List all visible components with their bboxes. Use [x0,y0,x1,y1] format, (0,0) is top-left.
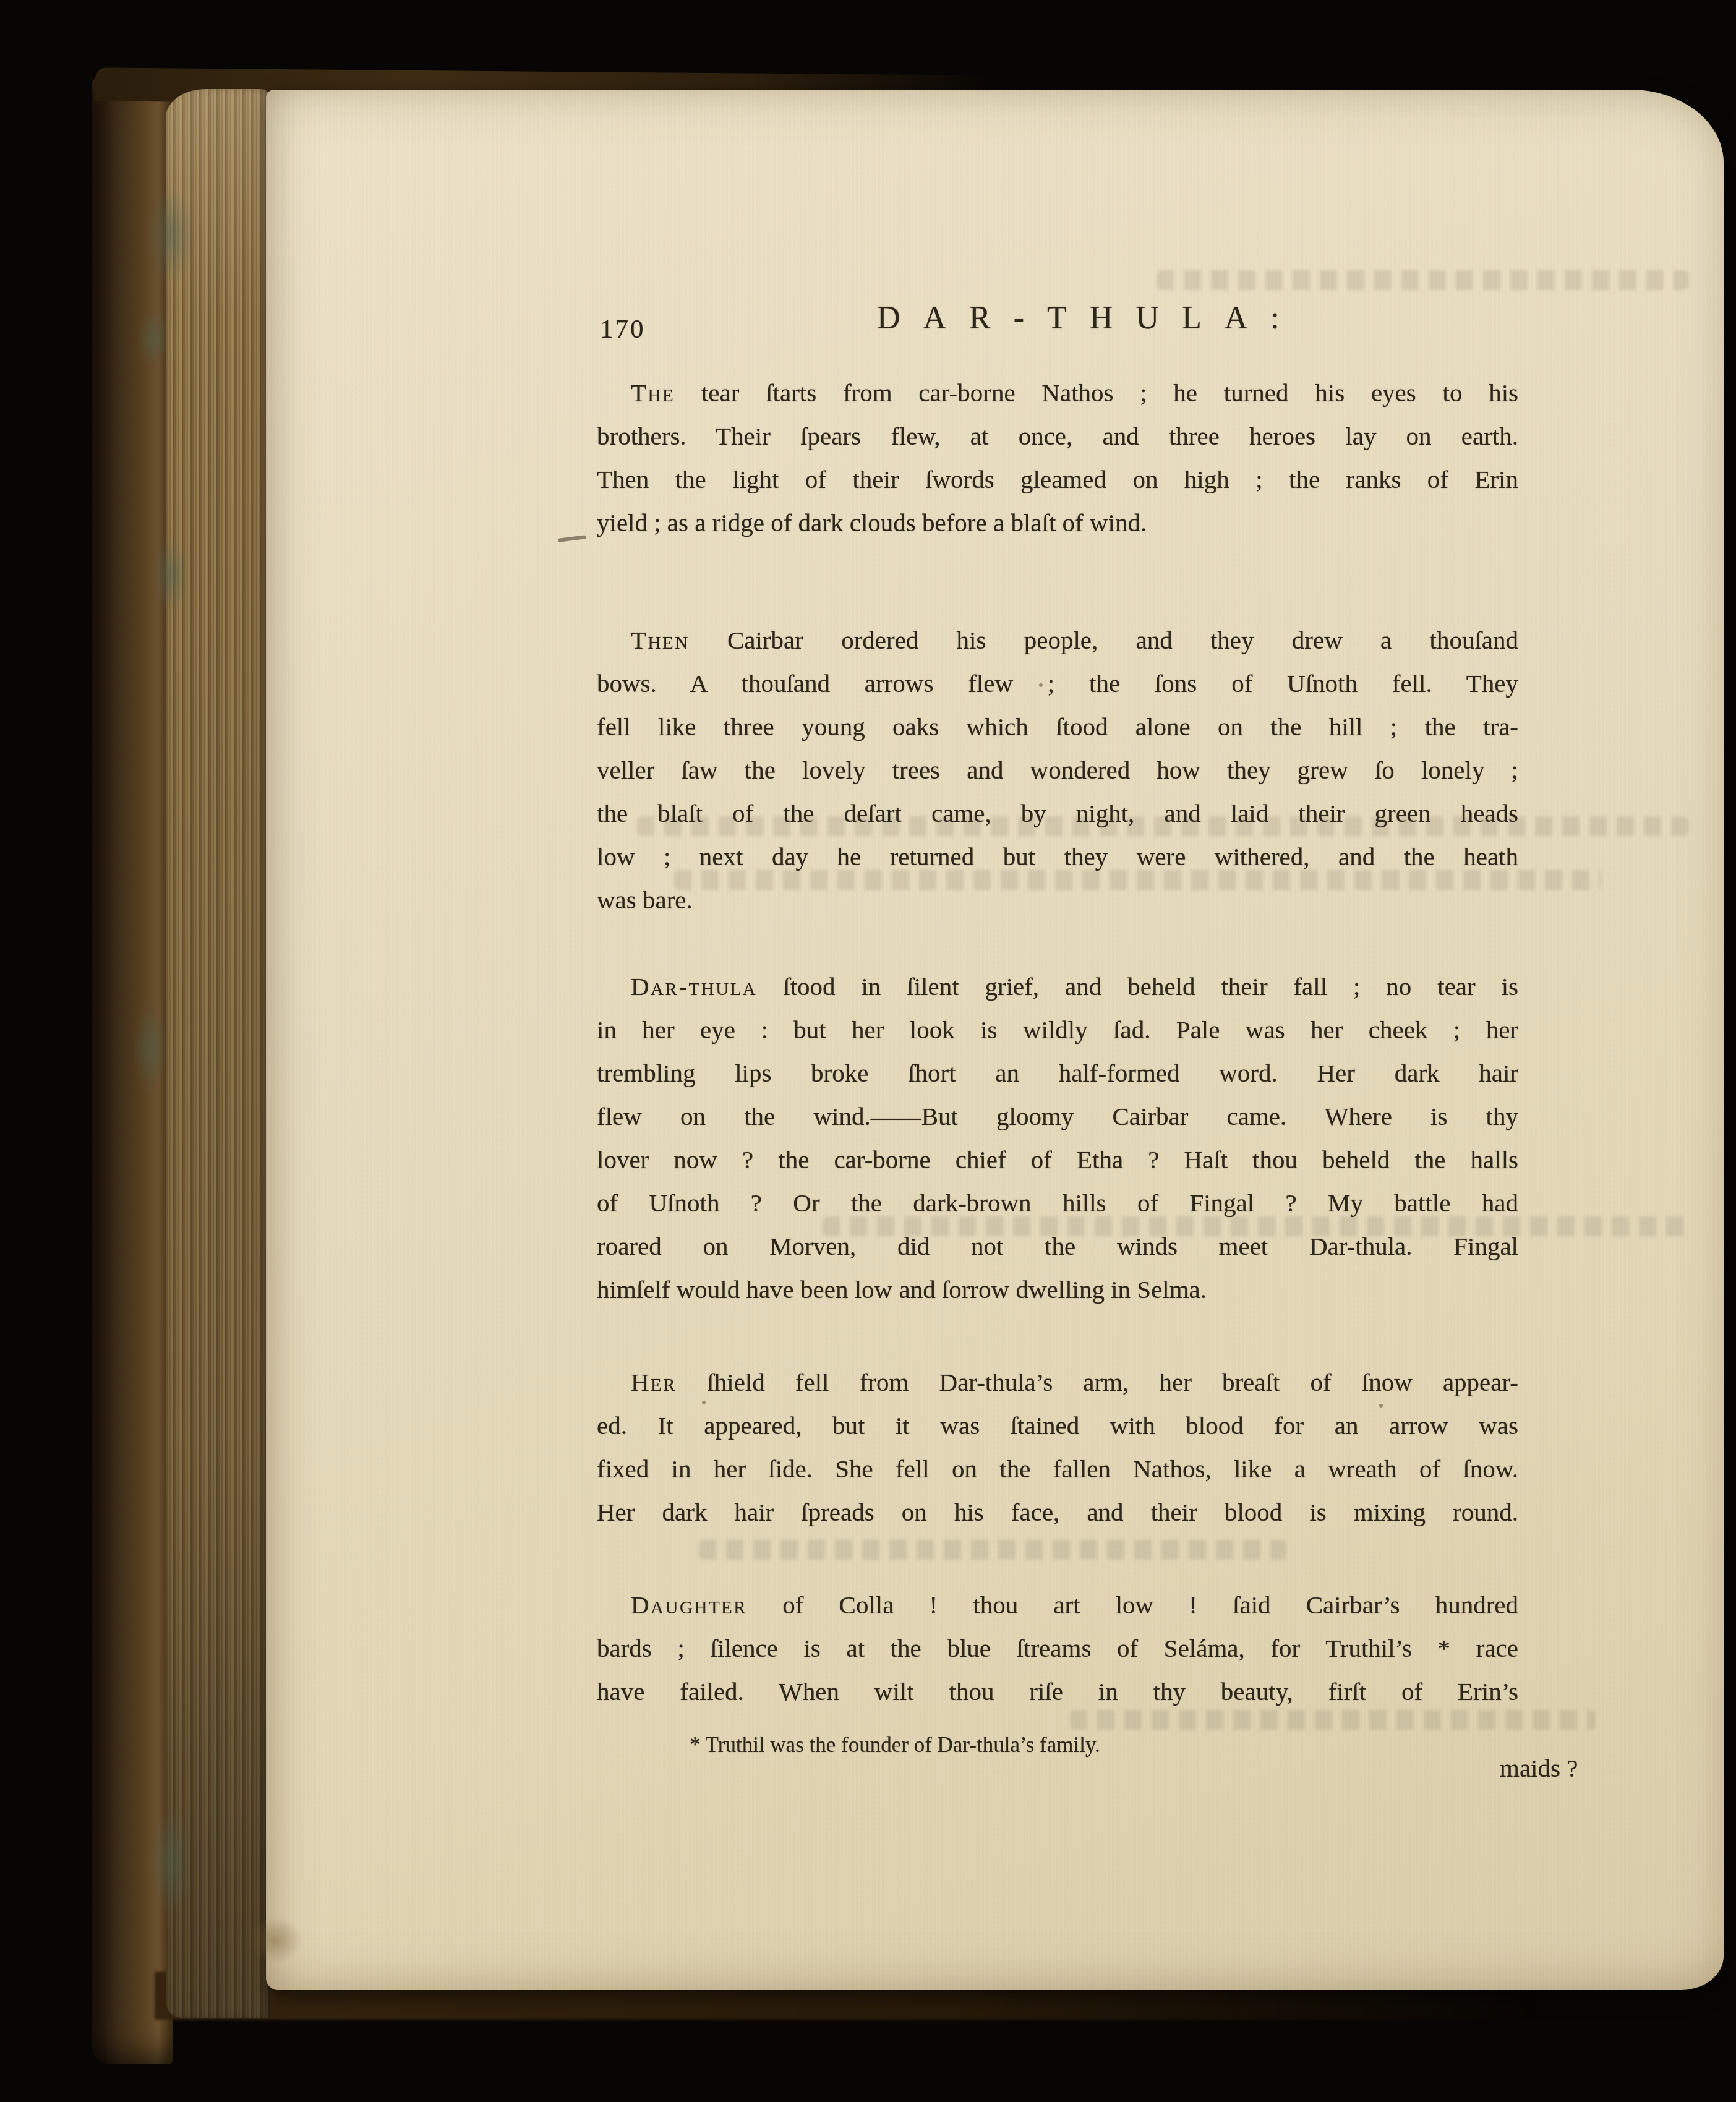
line-text: Cairbar ordered his people, and they dre… [727,626,1518,654]
text-line: Daughter of Colla ! thou art low ! ſaid … [597,1583,1518,1626]
text-line: was bare. [597,878,1518,921]
text-line: Then the light of their ſwords gleamed o… [597,458,1518,501]
text-line: low ; next day he returned but they were… [597,835,1518,878]
lead-word: Dar-thula [631,972,757,1001]
text-line: fixed in her ſide. She fell on the falle… [597,1447,1518,1490]
text-block: The tear ſtarts from car-borne Nathos ; … [597,371,1518,1713]
page-fore-edge [166,89,270,2018]
lead-word: Then [631,626,690,654]
text-line: fell like three young oaks which ſtood a… [597,705,1518,748]
line-text: tear ſtarts from car-borne Nathos ; he t… [701,378,1518,407]
catchword: maids ? [1500,1753,1578,1783]
text-line: The tear ſtarts from car-borne Nathos ; … [597,371,1518,414]
text-line: trembling lips broke ſhort an half-forme… [597,1051,1518,1095]
text-line: Then Cairbar ordered his people, and the… [597,618,1518,662]
lead-word: Daughter [631,1591,747,1619]
line-text: of Colla ! thou art low ! ſaid Cairbar’s… [782,1591,1518,1619]
ghost-text [1157,270,1688,290]
paragraph: Her ſhield fell from Dar-thula’s arm, he… [597,1361,1518,1534]
text-line: flew on the wind.——But gloomy Cairbar ca… [597,1095,1518,1138]
text-line: brothers. Their ſpears flew, at once, an… [597,414,1518,458]
lead-word: The [631,378,675,407]
text-line: of Uſnoth ? Or the dark-brown hills of F… [597,1181,1518,1224]
page-number: 170 [600,314,646,344]
photo-background: 170 DAR-THULA: The tear ſtarts from car-… [0,0,1736,2102]
text-line: have failed. When wilt thou riſe in thy … [597,1670,1518,1713]
text-line: bows. A thouſand arrows flew ; the ſons … [597,662,1518,705]
text-line: himſelf would have been low and ſorrow d… [597,1268,1518,1311]
lead-word: Her [631,1368,677,1396]
paragraph: Then Cairbar ordered his people, and the… [597,618,1518,921]
text-line: veller ſaw the lovely trees and wondered… [597,748,1518,792]
text-line: roared on Morven, did not the winds meet… [597,1224,1518,1268]
ink-mark [558,535,586,542]
running-title: DAR-THULA: [877,300,1302,336]
text-line: lover now ? the car-borne chief of Etha … [597,1138,1518,1181]
text-line: yield ; as a ridge of dark clouds before… [597,501,1518,544]
book: 170 DAR-THULA: The tear ſtarts from car-… [87,68,1729,2069]
paragraph: The tear ſtarts from car-borne Nathos ; … [597,371,1518,544]
line-text: ſtood in ſilent grief, and beheld their … [783,972,1518,1001]
paragraph: Daughter of Colla ! thou art low ! ſaid … [597,1583,1518,1713]
line-text: ſhield fell from Dar-thula’s arm, her br… [707,1368,1518,1396]
leather-cover-edge [92,72,173,2064]
text-line: Her ſhield fell from Dar-thula’s arm, he… [597,1361,1518,1404]
text-line: ed. It appeared, but it was ſtained with… [597,1404,1518,1447]
paper-page: 170 DAR-THULA: The tear ſtarts from car-… [266,90,1724,1990]
text-line: bards ; ſilence is at the blue ſtreams o… [597,1626,1518,1670]
paragraph: Dar-thula ſtood in ſilent grief, and beh… [597,965,1518,1311]
text-line: Dar-thula ſtood in ſilent grief, and beh… [597,965,1518,1008]
text-line: Her dark hair ſpreads on his face, and t… [597,1490,1518,1534]
footnote: * Truthil was the founder of Dar-thula’s… [690,1733,1100,1758]
text-line: in her eye : but her look is wildly ſad.… [597,1008,1518,1051]
text-line: the blaſt of the deſart came, by night, … [597,792,1518,835]
